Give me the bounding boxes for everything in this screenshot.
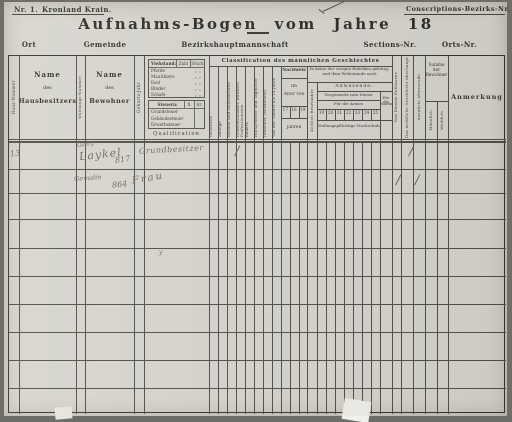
- classification-column-label: Inwohner (Mitwohner): [263, 66, 272, 139]
- tally-mark: /: [409, 144, 413, 159]
- scanned-census-form: Nr. 1. Kronland Krain. Conscriptions-Bez…: [0, 0, 512, 422]
- viehstand-zahl-label: Zahl: [176, 60, 190, 67]
- nachweis-age: 18: [290, 106, 299, 118]
- armee-label: Für die Armee: [317, 102, 380, 107]
- vorgemerkt-label: Vorgemerkt zum Dienst: [317, 93, 380, 98]
- grid-line: [437, 101, 438, 414]
- entry-row2-name: Gemalin: [74, 173, 102, 183]
- steuern-box: Steuern: fl. kr. GrundsteuerGebäudesteue…: [148, 100, 205, 129]
- viehstand-row: Schafe: [149, 92, 204, 98]
- pen-squiggle: y: [159, 249, 162, 256]
- nachweis-age: 17: [281, 106, 290, 118]
- conscription-district-label: Conscriptions-Bezirks-Nr.: [406, 5, 506, 13]
- wehrstand-age: 19: [317, 109, 326, 120]
- tally-mark: /: [396, 173, 400, 188]
- col-abwesende: Auswärts Abwesende: [413, 56, 425, 139]
- col-hausbesitzer: Name des Hausbesitzers: [19, 70, 76, 105]
- viehstand-stueck-label: Stück: [190, 60, 204, 67]
- census-table: Haus-Nummer Name des Hausbesitzers Wohnu…: [8, 55, 505, 413]
- wehrstand-age: 24: [362, 109, 371, 120]
- col-wohnungs-nummer: Wohnungs-Nummer: [76, 56, 85, 139]
- summe-header: Summe der Bewohner: [425, 62, 448, 100]
- wehrstand-header: In keine der vorigen Rubriken gehörig, u…: [308, 67, 391, 81]
- hausbesitzer-line1: Name: [34, 70, 61, 79]
- wehrstand-age: 20: [326, 109, 335, 120]
- classification-columns: GeistlicheAdeligeBeamte und Honoratioren…: [209, 66, 281, 139]
- hausbesitzer-line2: des: [43, 85, 52, 91]
- col-weibliches-geschlecht: Das weibliche Geschlecht überhaupt: [401, 56, 413, 139]
- nachweis-alter-line2: Alter von: [281, 92, 307, 97]
- viehstand-rows: PferdeMaulthiereEselRinderSchafe: [149, 68, 204, 98]
- grid-line: [9, 248, 506, 249]
- form-title: Aufnahms-Bogen vom Jahre 18: [0, 15, 512, 33]
- col-bewohner: Name des Bewohner: [85, 70, 134, 105]
- classification-column-label: Von der Geburt bis 14 Jahre: [272, 66, 281, 139]
- col-geburts-jahr: Geburts-Jahr: [134, 56, 144, 139]
- grid-line: [9, 304, 506, 305]
- entry-row2-birthyear: 864: [112, 179, 128, 190]
- steuern-kr-label: kr.: [194, 101, 204, 108]
- grid-line: [307, 82, 392, 83]
- field-ort-label: Ort: [14, 40, 44, 49]
- grid-line: [317, 100, 380, 101]
- classification-column-label: Adelige: [218, 66, 227, 139]
- grid-line: [9, 360, 506, 361]
- grid-line: [9, 193, 506, 194]
- field-sections-nr-label: Sections-Nr.: [360, 40, 420, 49]
- paper-tear: [55, 406, 73, 419]
- wehrstand-age: 23: [353, 109, 362, 120]
- wehrstand-age: 21: [335, 109, 344, 120]
- viehstand-box: Viehstand: Zahl Stück PferdeMaulthiereEs…: [148, 59, 205, 98]
- classification-column-label: Beamte und Honoratioren: [227, 66, 236, 139]
- tally-mark: /: [415, 173, 419, 188]
- grid-line: [290, 141, 291, 414]
- grid-line: [281, 118, 307, 119]
- grid-line: [299, 141, 300, 414]
- bewohner-line1: Name: [96, 70, 123, 79]
- tally-mark: /: [235, 144, 239, 159]
- nachweis-jahren-label: Jahren: [281, 125, 307, 130]
- col-haus-nummer: Haus-Nummer: [9, 56, 19, 139]
- nachweis-age: 19: [298, 106, 307, 118]
- col-summe-maennlich: Männlich: [425, 101, 437, 139]
- classification-column-label: Hilfsarbeiter und Taglöhner: [254, 66, 263, 139]
- paper-tear: [342, 398, 372, 422]
- anmerkung-label: Anmerkung: [448, 94, 506, 102]
- wehrstand-age-cells: 19202122232425: [317, 109, 380, 120]
- grid-line: [9, 388, 506, 389]
- grid-line: [371, 141, 372, 414]
- classification-column-label: Geistliche: [209, 66, 218, 139]
- title-flourish: [247, 32, 269, 34]
- grid-line: [353, 141, 354, 414]
- bewohner-line3: Bewohner: [89, 97, 130, 105]
- col-entlassene: Vom Dienste Entlassene: [392, 56, 401, 139]
- marine-label-line2: Marine: [380, 102, 392, 106]
- steuern-title: Steuern:: [149, 102, 184, 107]
- entry-row2-qualification: Frau: [131, 170, 165, 186]
- nachweis-age-cells: 171819: [281, 106, 307, 118]
- grid-line: [344, 141, 345, 414]
- grid-line: [9, 276, 506, 277]
- qualification-label: Qualification: [144, 131, 209, 137]
- col-zeitlich-beurlaubte: Zeitlich Beurlaubte: [307, 82, 317, 139]
- nachschub-label: Stellungspflichtige Nachschub: [317, 124, 380, 129]
- col-summe-weiblich: Weiblich: [437, 101, 448, 139]
- steuern-divider: [194, 101, 195, 128]
- steuern-fl-label: fl.: [184, 101, 194, 108]
- entry-row1-birthyear: 817: [114, 154, 130, 165]
- grid-line: [9, 139, 506, 140]
- wehrstand-age: 22: [344, 109, 353, 120]
- grid-line: [9, 332, 506, 333]
- nachweis-alter-line1: Im: [281, 84, 307, 89]
- hausbesitzer-line3: Hausbesitzers: [19, 97, 77, 105]
- wehrstand-age: 25: [371, 109, 380, 120]
- viehstand-title: Viehstand:: [149, 61, 176, 66]
- classification-title: Classification des männlichen Geschlecht…: [209, 58, 392, 64]
- grid-line: [362, 141, 363, 414]
- anwesende-label: Anwesende:: [317, 84, 392, 90]
- grid-line: [335, 141, 336, 414]
- field-gemeinde-label: Gemeinde: [75, 40, 135, 49]
- grid-line: [317, 120, 392, 121]
- field-bezirkshauptmannschaft-label: Bezirkshauptmannschaft: [180, 40, 290, 49]
- grid-line: [281, 78, 307, 79]
- steuern-rows: GrundsteuerGebäudesteuerErwerbsteuer: [149, 109, 204, 129]
- grid-line: [9, 169, 506, 170]
- field-orts-nr-label: Orts-Nr.: [432, 40, 487, 49]
- classification-column-label: Gewerbsinhaber, Künstler, Professioniste…: [236, 66, 245, 139]
- entry-row1-qualification: Grundbesitzer: [139, 143, 204, 155]
- bewohner-line2: des: [105, 85, 114, 91]
- nachweis-label: Nachweis: [281, 68, 307, 73]
- entry-house-number: 13: [10, 148, 21, 158]
- classification-column-label: Bauern: [245, 66, 254, 139]
- grid-line: [326, 141, 327, 414]
- steuern-row: Erwerbsteuer: [149, 122, 204, 129]
- grid-line: [317, 91, 392, 92]
- grid-line: [9, 219, 506, 220]
